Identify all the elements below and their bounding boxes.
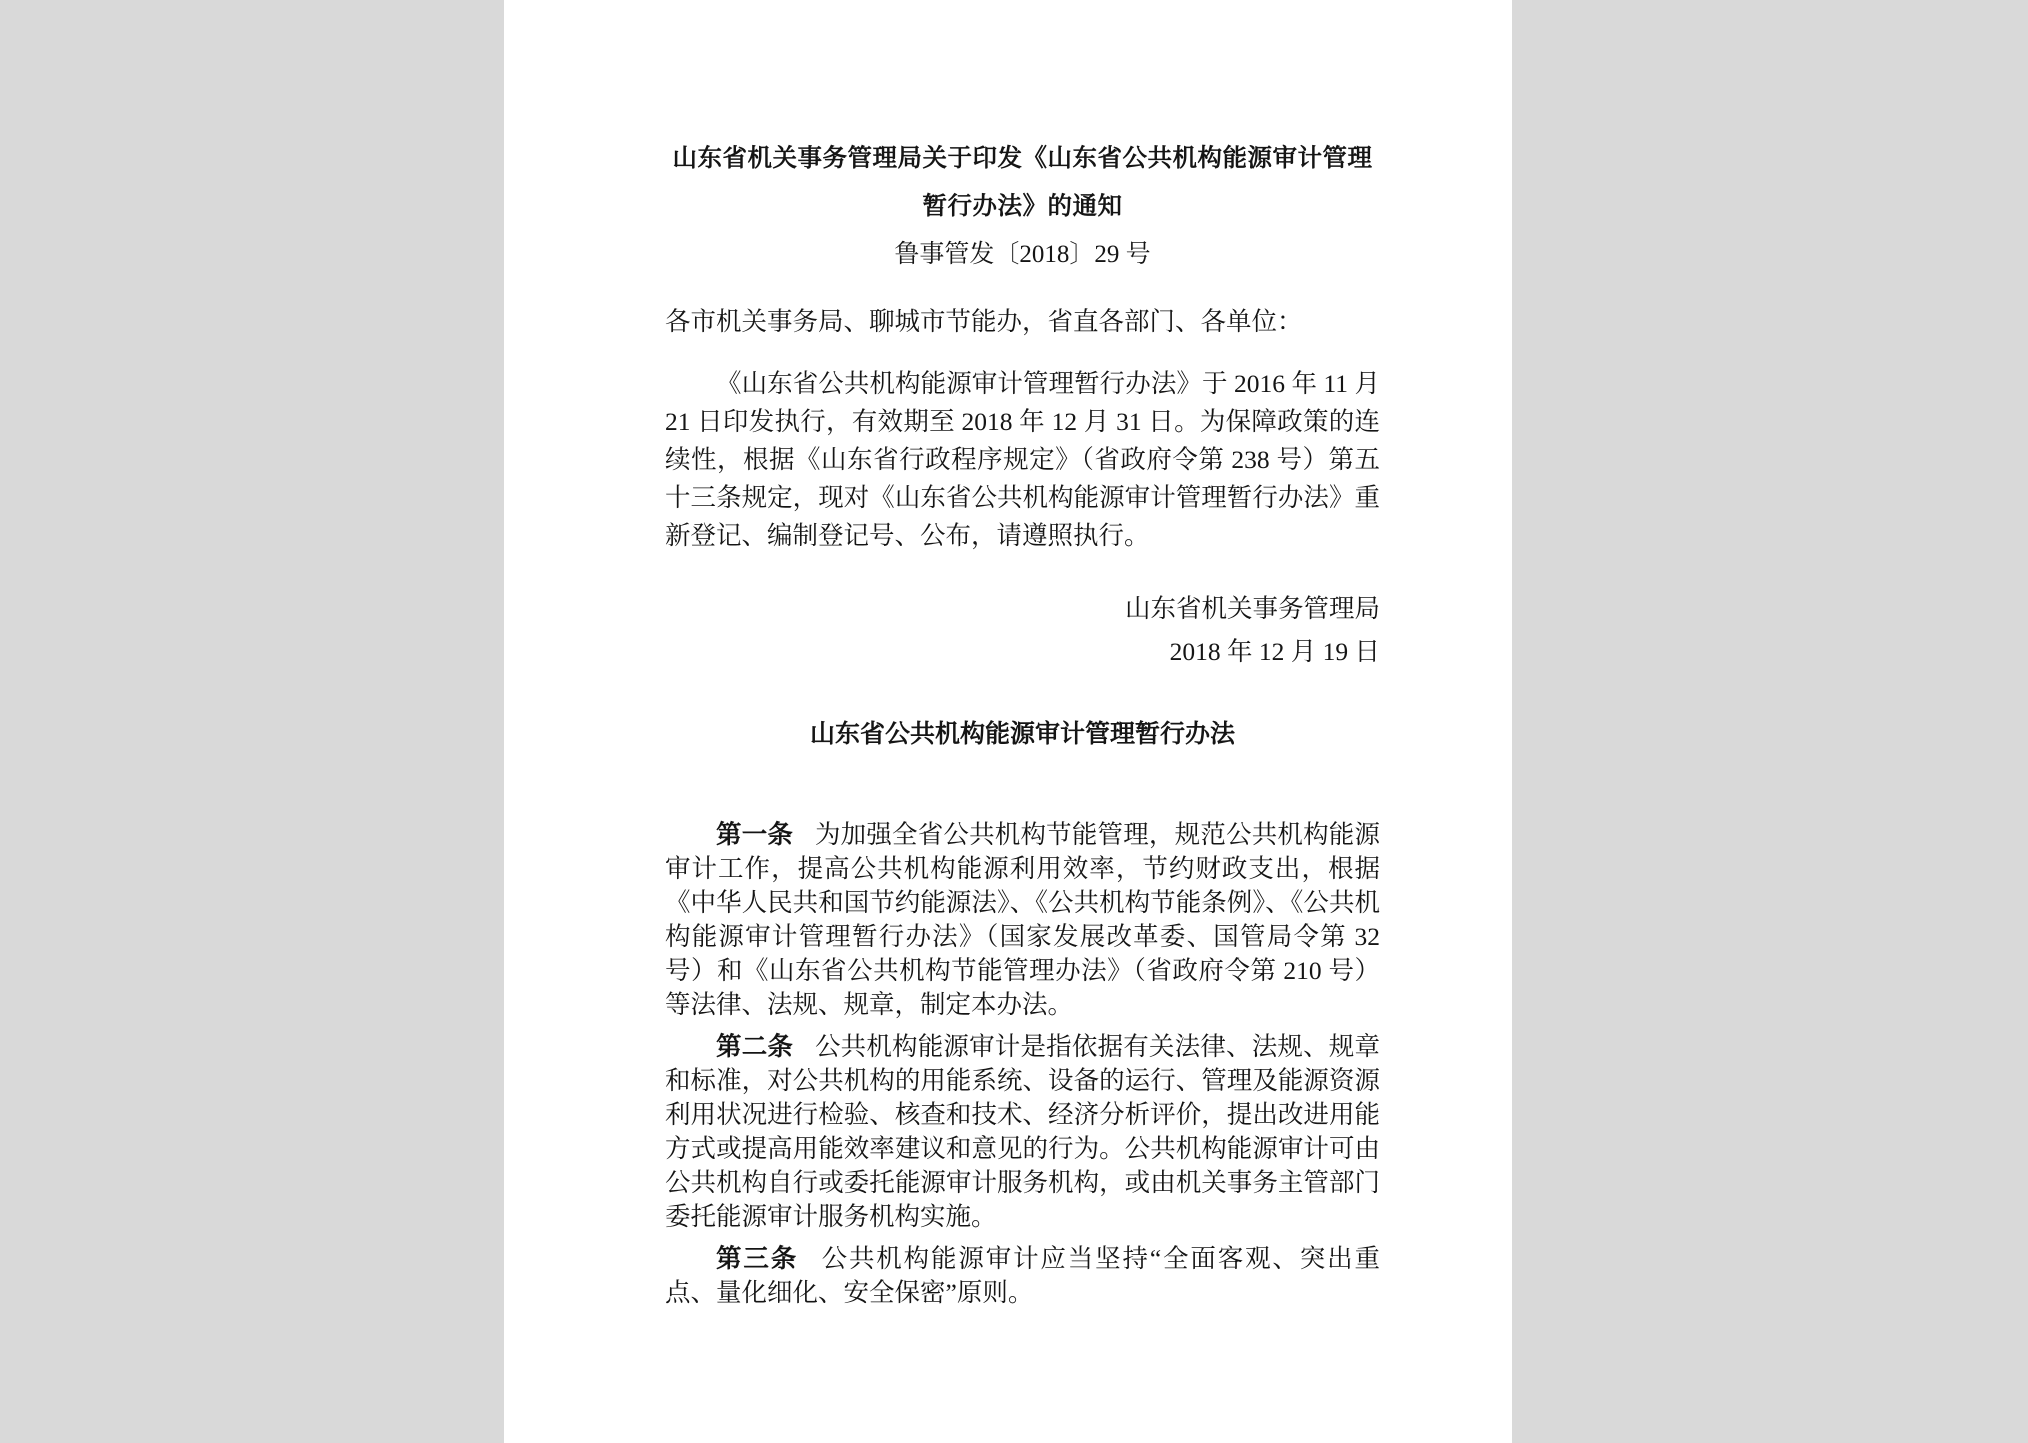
signature-date: 2018 年 12 月 19 日 <box>665 630 1380 673</box>
article-2-text: 公共机构能源审计是指依据有关法律、法规、规章和标准，对公共机构的用能系统、设备的… <box>665 1032 1380 1231</box>
article-1: 第一条为加强全省公共机构节能管理，规范公共机构能源审计工作，提高公共机构能源利用… <box>665 818 1380 1022</box>
article-2: 第二条公共机构能源审计是指依据有关法律、法规、规章和标准，对公共机构的用能系统、… <box>665 1030 1380 1234</box>
article-3: 第三条公共机构能源审计应当坚持“全面客观、突出重点、量化细化、安全保密”原则。 <box>665 1242 1380 1310</box>
article-2-label: 第二条 <box>716 1032 793 1061</box>
document-viewer: 山东省机关事务管理局关于印发《山东省公共机构能源审计管理暂行办法》的通知 鲁事管… <box>0 0 2028 1443</box>
document-page: 山东省机关事务管理局关于印发《山东省公共机构能源审计管理暂行办法》的通知 鲁事管… <box>504 0 1512 1443</box>
intro-paragraph: 《山东省公共机构能源审计管理暂行办法》于 2016 年 11 月 21 日印发执… <box>665 365 1380 555</box>
article-1-label: 第一条 <box>716 820 793 849</box>
article-3-label: 第三条 <box>716 1244 798 1273</box>
signature-organization: 山东省机关事务管理局 <box>665 587 1380 630</box>
signature-block: 山东省机关事务管理局 2018 年 12 月 19 日 <box>665 587 1380 673</box>
regulation-title: 山东省公共机构能源审计管理暂行办法 <box>665 715 1380 755</box>
document-title: 山东省机关事务管理局关于印发《山东省公共机构能源审计管理暂行办法》的通知 <box>665 135 1380 231</box>
salutation-line: 各市机关事务局、聊城市节能办，省直各部门、各单位： <box>665 303 1380 341</box>
article-1-text: 为加强全省公共机构节能管理，规范公共机构能源审计工作，提高公共机构能源利用效率，… <box>665 820 1380 1019</box>
document-number: 鲁事管发〔2018〕29 号 <box>665 235 1380 275</box>
regulation-articles: 第一条为加强全省公共机构节能管理，规范公共机构能源审计工作，提高公共机构能源利用… <box>665 818 1380 1310</box>
